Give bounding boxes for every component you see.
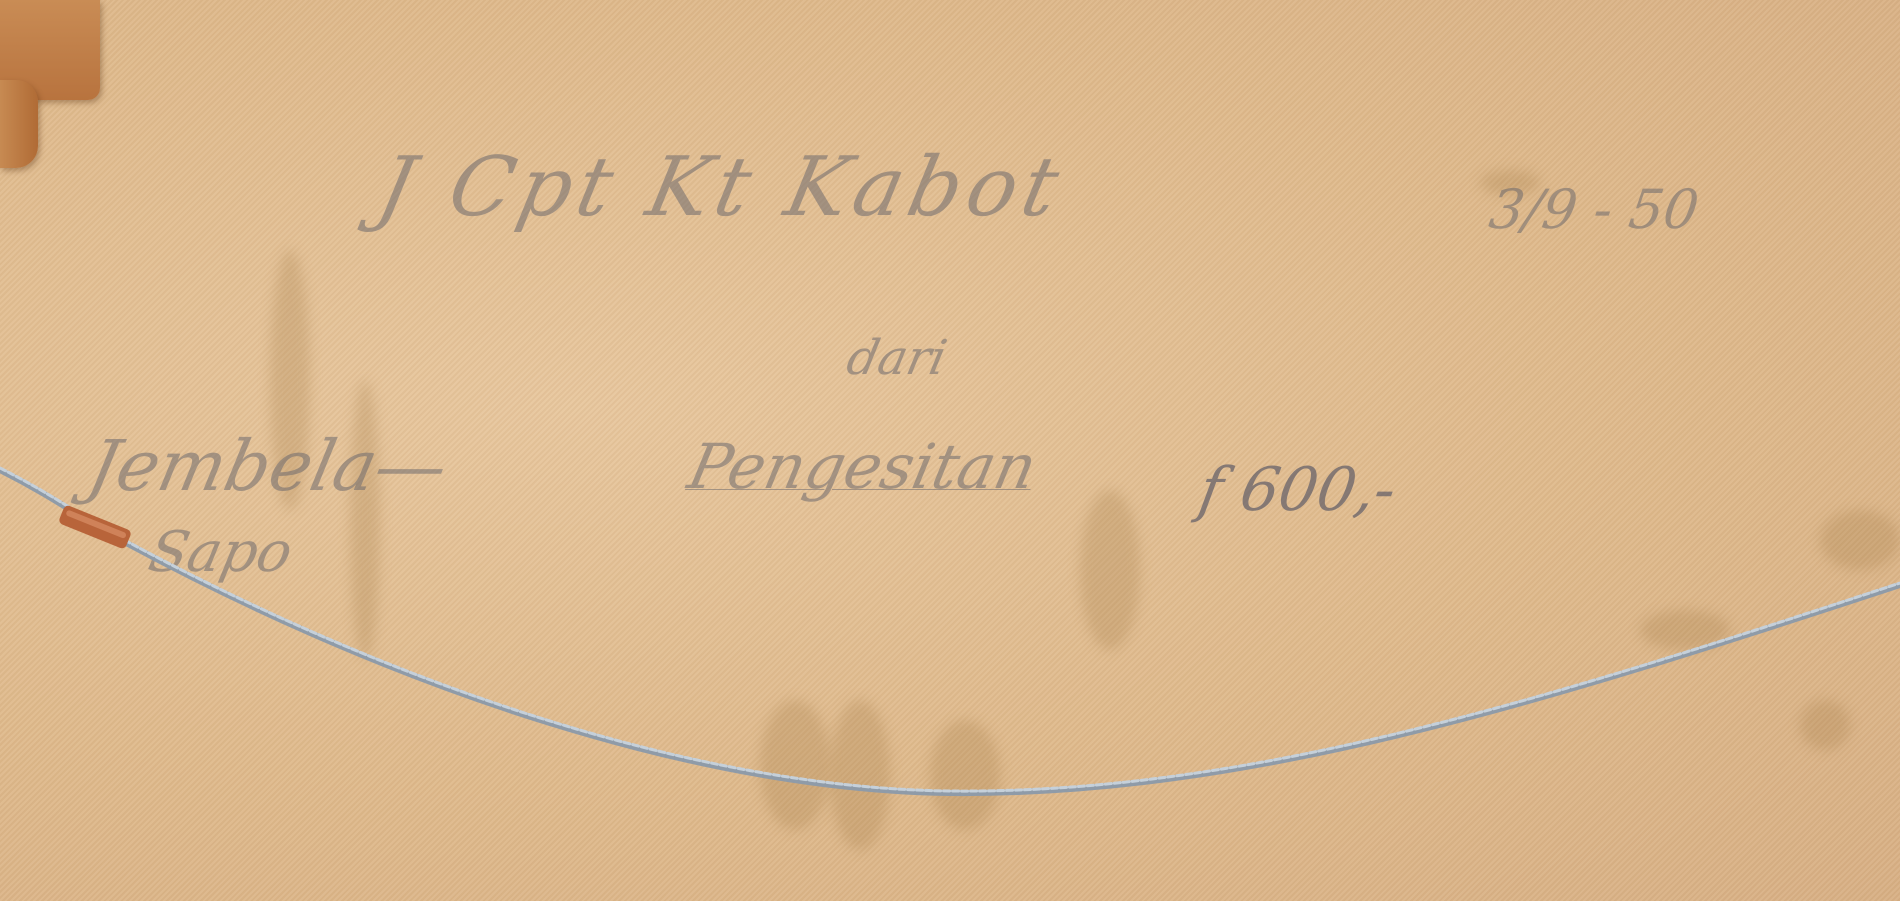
wire-crimp-sleeve [58, 504, 132, 550]
hanging-wire [0, 0, 1900, 901]
